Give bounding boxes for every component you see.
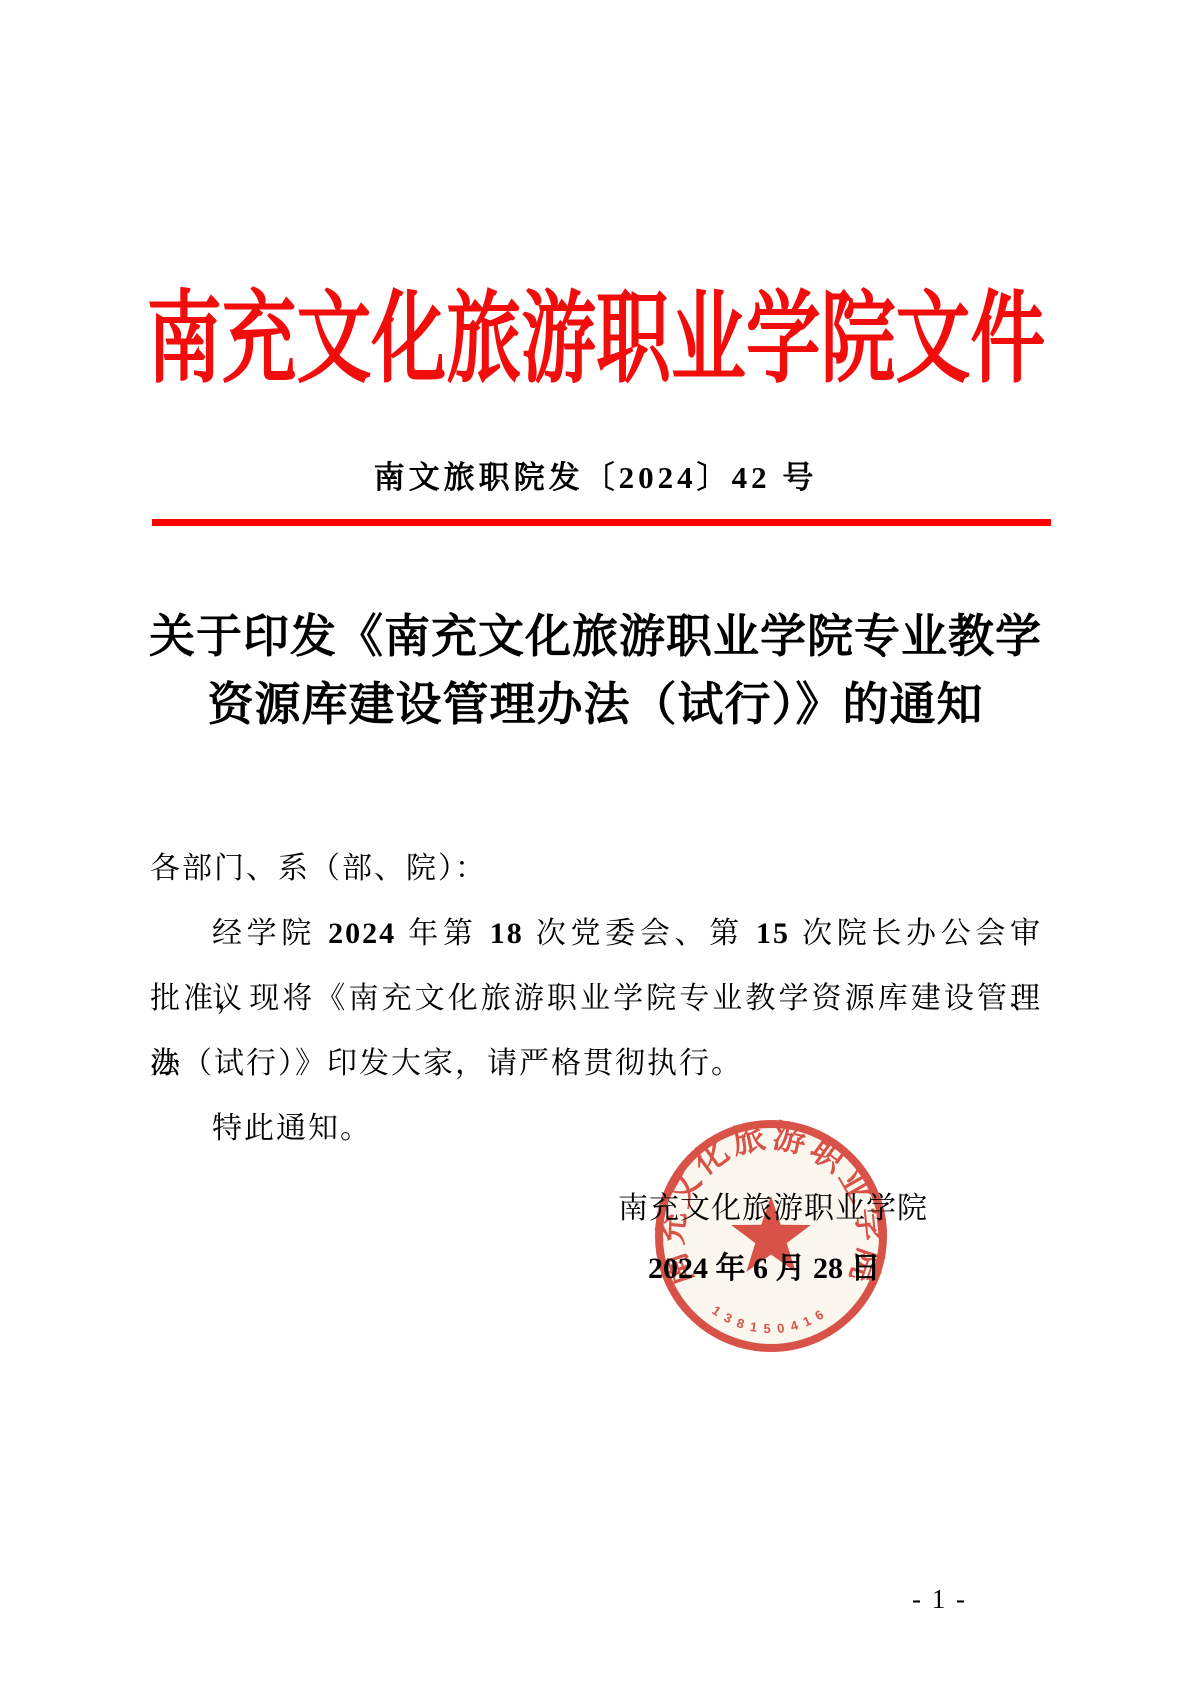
document-title-line-1: 关于印发《南充文化旅游职业学院专业教学 bbox=[0, 602, 1191, 670]
page-number: - 1 - bbox=[912, 1584, 967, 1614]
letterhead-banner-title: 南充文化旅游职业学院文件 bbox=[146, 290, 1045, 390]
document-page: 南充文化旅游职业学院文件 南文旅职院发〔2024〕42 号 关于印发《南充文化旅… bbox=[0, 0, 1191, 1684]
document-title: 关于印发《南充文化旅游职业学院专业教学 资源库建设管理办法（试行）》的通知 bbox=[0, 602, 1191, 738]
red-divider-rule bbox=[152, 519, 1051, 526]
closing-line: 特此通知。 bbox=[150, 1096, 1042, 1161]
document-title-line-2: 资源库建设管理办法（试行）》的通知 bbox=[0, 670, 1191, 738]
letterhead-banner: 南充文化旅游职业学院文件 bbox=[0, 290, 1191, 386]
body-line: 经学院 2024 年第 18 次党委会、第 15 次院长办公会审议、 bbox=[150, 901, 1042, 966]
document-number: 南文旅职院发〔2024〕42 号 bbox=[0, 458, 1191, 498]
official-seal: 南充文化旅游职业学院 5113815041607 bbox=[651, 1116, 891, 1356]
salutation-line: 各部门、系（部、院）： bbox=[150, 836, 1042, 901]
body-line: 法（试行）》印发大家，请严格贯彻执行。 bbox=[150, 1031, 1042, 1096]
body-line: 批准，现将《南充文化旅游职业学院专业教学资源库建设管理办 bbox=[150, 966, 1042, 1031]
document-body: 各部门、系（部、院）： 经学院 2024 年第 18 次党委会、第 15 次院长… bbox=[150, 836, 1042, 1161]
